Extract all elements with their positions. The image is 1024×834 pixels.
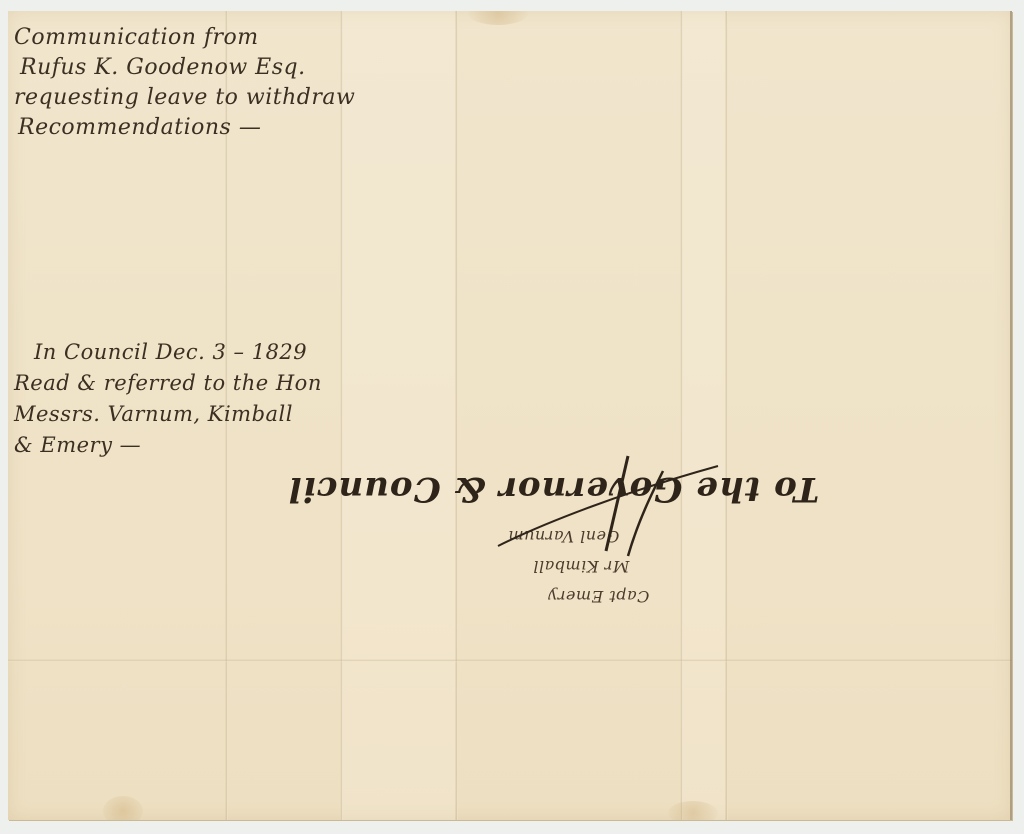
- referral-name: Capt Emery: [508, 581, 649, 611]
- paper-sheet: Communication from Rufus K. Goodenow Esq…: [8, 11, 1012, 820]
- fold-panel: [680, 11, 725, 820]
- referral-names-inverted: Capt Emery Mr Kimball Genl Varnum: [508, 521, 649, 611]
- fold-crease: [8, 659, 1012, 662]
- referral-name: Mr Kimball: [508, 551, 649, 581]
- docket-line: Rufus K. Goodenow Esq.: [14, 53, 355, 83]
- council-line: & Emery —: [14, 430, 322, 461]
- docket-text: Communication from Rufus K. Goodenow Esq…: [14, 23, 355, 143]
- fold-crease: [725, 11, 728, 820]
- docket-line: Recommendations —: [14, 113, 355, 143]
- paper-stain: [468, 11, 528, 25]
- fold-crease: [455, 11, 458, 820]
- referral-name: Genl Varnum: [508, 521, 649, 551]
- council-line: In Council Dec. 3 – 1829: [30, 337, 322, 368]
- fold-panel: [340, 11, 455, 820]
- docket-line: Communication from: [14, 23, 355, 53]
- paper-stain: [668, 801, 718, 820]
- docket-line: requesting leave to withdraw: [14, 83, 355, 113]
- council-line: Messrs. Varnum, Kimball: [14, 399, 322, 430]
- paper-stain: [103, 796, 143, 820]
- council-note: In Council Dec. 3 – 1829 Read & referred…: [30, 337, 322, 461]
- address-inverted: To the Governor & Council: [288, 469, 819, 509]
- council-line: Read & referred to the Hon: [14, 368, 322, 399]
- document-scan: Communication from Rufus K. Goodenow Esq…: [0, 0, 1024, 834]
- fold-crease: [680, 11, 683, 820]
